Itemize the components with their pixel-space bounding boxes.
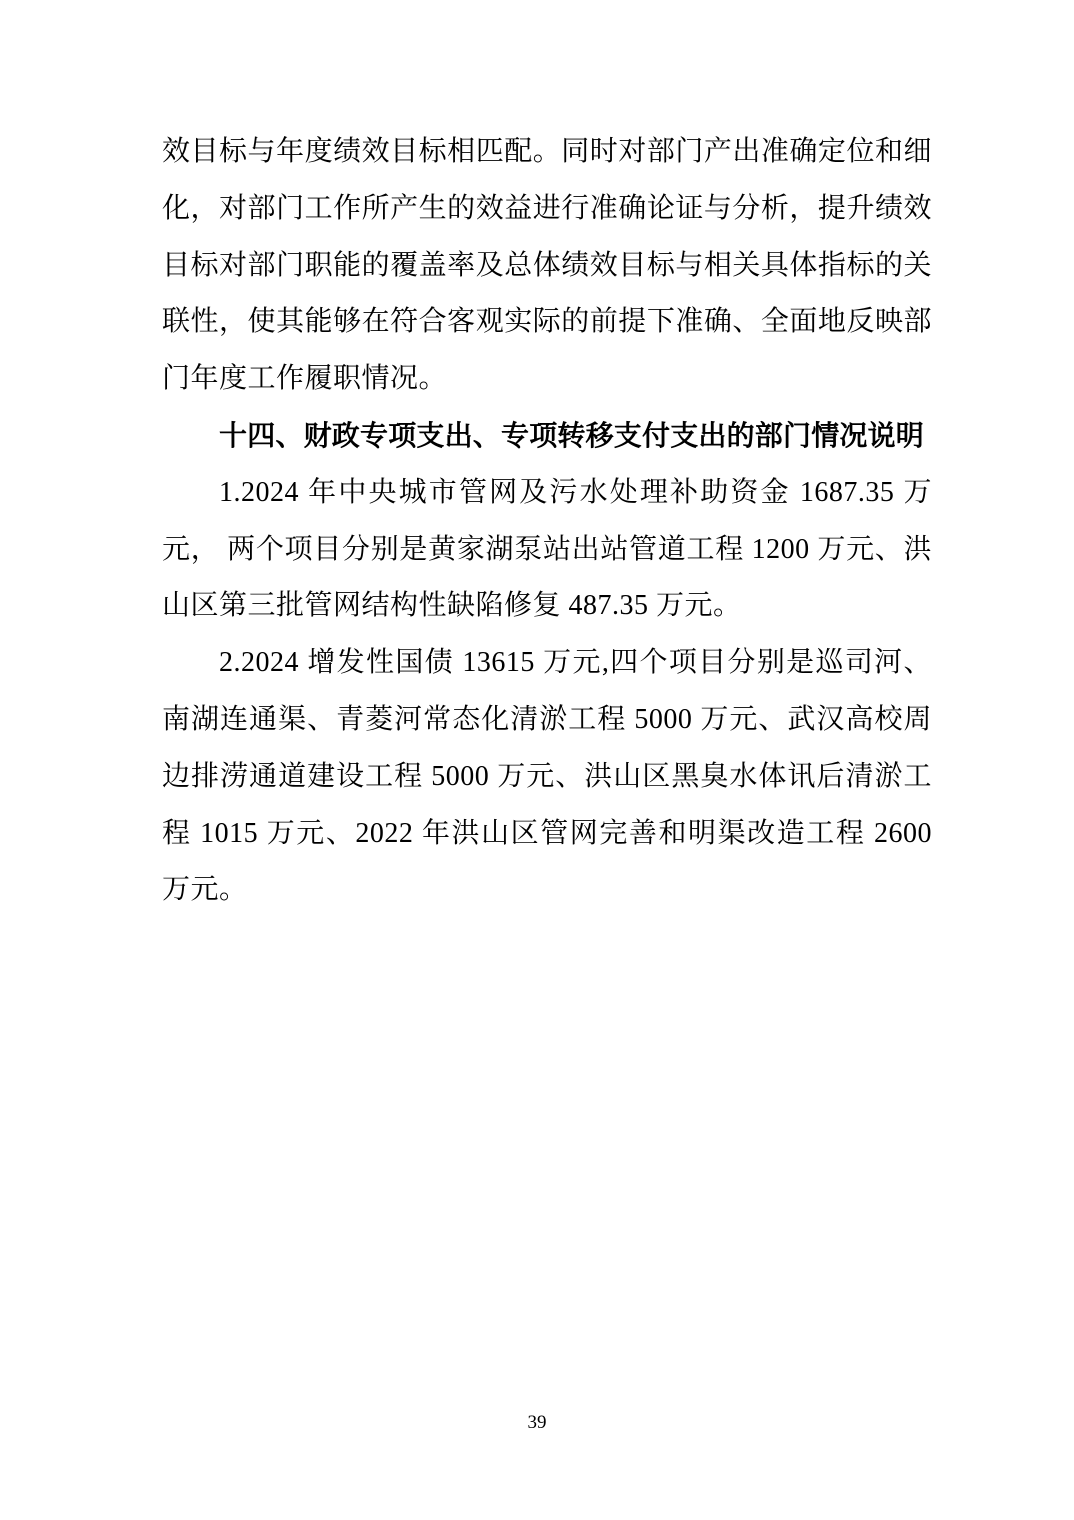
paragraph-continuation: 效目标与年度绩效目标相匹配。同时对部门产出准确定位和细化，对部门工作所产生的效益… [162,124,932,408]
document-page: 效目标与年度绩效目标相匹配。同时对部门产出准确定位和细化，对部门工作所产生的效益… [0,0,1074,1520]
paragraph-item-2: 2.2024 增发性国债 13615 万元,四个项目分别是巡司河、南湖连通渠、青… [162,635,932,919]
page-number: 39 [0,1412,1074,1434]
document-content: 效目标与年度绩效目标相匹配。同时对部门产出准确定位和细化，对部门工作所产生的效益… [162,124,932,919]
paragraph-item-1: 1.2024 年中央城市管网及污水处理补助资金 1687.35 万元， 两个项目… [162,465,932,635]
section-heading: 十四、财政专项支出、专项转移支付支出的部门情况说明 [162,408,932,465]
